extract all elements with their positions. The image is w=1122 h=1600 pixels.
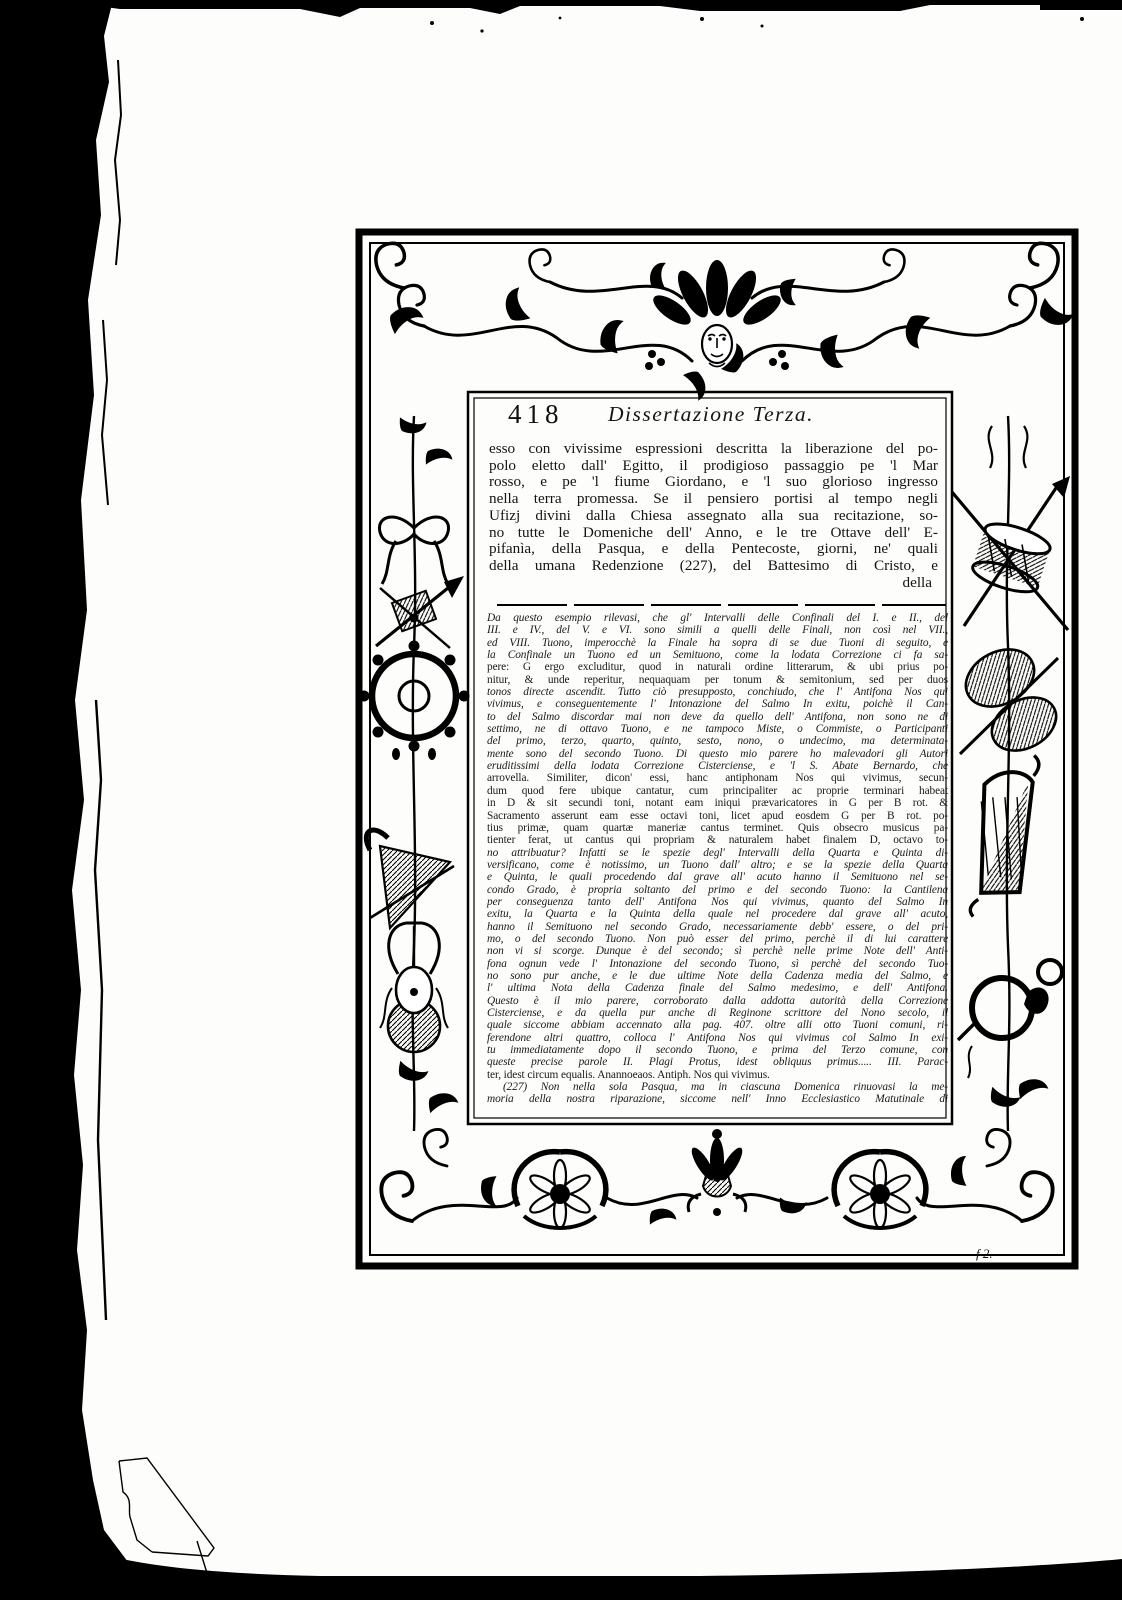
footnote-line: tius primæ, quam quartæ maneriæ cantus t… (487, 822, 948, 834)
bottom-ornament (381, 1129, 1052, 1236)
footnote-line: moria della nostra riparazione, siccome … (487, 1093, 948, 1105)
body-text: esso con vivissime espressioni descritta… (489, 441, 938, 591)
footnote-line: III. e IV., del V. e VI. sono simili a q… (487, 624, 948, 636)
dog-ear-fold (119, 1458, 214, 1573)
harp-icon (946, 755, 1063, 917)
footnote-line: dum quod fere ubique cantatur, cum princ… (487, 785, 948, 797)
running-title: Dissertazione Terza. (470, 402, 952, 427)
body-line: della umana Redenzione (227), del Battes… (489, 558, 938, 575)
trumpet-panpipes-icon (376, 576, 464, 648)
vase-finial-icon (688, 1129, 746, 1216)
signature-mark: f 2. (976, 1246, 993, 1262)
footnote-line: eruditissimi della lodata Correzione Cis… (487, 760, 948, 772)
rose-wreath-left-icon (514, 1152, 606, 1228)
footnote-line: no attribuatur? Infatti se le spezie deg… (487, 847, 948, 859)
footnote-line: tonos directe ascendit. Tutto ciò presup… (487, 686, 948, 698)
left-ornament (359, 406, 470, 1131)
footnote-line: Cisterciense, e da quella pur anche di R… (487, 1007, 948, 1019)
footnote-line: settimo, ne di ottavo Tuono, e ne tampoc… (487, 723, 948, 735)
footnote-line: mente sono del secondo Tuono. Di questo … (487, 748, 948, 760)
footnote-line: per conseguenza tanto dell' Antifona Nos… (487, 896, 948, 908)
footnote-line: e Quinta, le quali procedendo dal grave … (487, 871, 948, 883)
body-line: polo eletto dall' Egitto, il prodigioso … (489, 458, 938, 475)
footnote-line: tienter ferat, ut cantus qui propriam & … (487, 834, 948, 846)
footnote-line: ferendone altri quattro, colloca l' Anti… (487, 1032, 948, 1044)
footnote-line: (227) Non nella sola Pasqua, ma in ciasc… (487, 1081, 948, 1093)
footnote-line: Questo è il mio parere, corroborato dall… (487, 995, 948, 1007)
footnote-line: quale siccome abbiam accennato alla pag.… (487, 1019, 948, 1031)
footnote-line: ter, idest circum equalis. Anannoeaos. A… (487, 1069, 948, 1081)
viol-body-icon (956, 638, 1065, 761)
footnote-line: hanno il Semituono nel secondo Grado, ne… (487, 921, 948, 933)
body-line: nella terra promessa. Se il pensiero por… (489, 491, 938, 508)
right-ornament (946, 416, 1070, 1131)
footnote-line: tu immediatamente dopo il secondo Tuono,… (487, 1044, 948, 1056)
torn-edge-streaks (95, 60, 121, 1320)
footnote-line: nitur, & unde reperitur, nequaquam per t… (487, 674, 948, 686)
footnote-block: Da questo esempio rilevasi, che gl' Inte… (487, 612, 948, 1106)
footnote-line: vivimus, e conseguentemente l' Intonazio… (487, 698, 948, 710)
mask-face-icon (649, 260, 785, 402)
catchword: della (489, 575, 938, 592)
footnote-line: ed VIII. Tuono, imperocchè la Finale ha … (487, 637, 948, 649)
body-line: Ufizj divini dalla Chiesa assegnato alla… (489, 508, 938, 525)
footnote-line: l' ultima Nota della Cadenza finale del … (487, 982, 948, 994)
body-line: esso con vivissime espressioni descritta… (489, 441, 938, 458)
rose-wreath-right-icon (834, 1152, 926, 1228)
footnote-line: arrovella. Similiter, dicon' essi, hanc … (487, 772, 948, 784)
footnote-line: Sacramento asserunt eam esse octavi toni… (487, 810, 948, 822)
drum-fifes-icon (952, 476, 1070, 630)
scanned-book-page: 418 Dissertazione Terza. esso con viviss… (0, 0, 1122, 1600)
footnote-line: in D & sit secundi toni, notant eam iniq… (487, 797, 948, 809)
footnote-separator-rule (497, 604, 946, 606)
footnote-line: pere: G ergo excluditur, quod in natural… (487, 661, 948, 673)
body-line: pifanìa, della Pasqua, e della Pentecost… (489, 541, 938, 558)
body-line: no tutte le Domeniche dell' Anno, e le t… (489, 525, 938, 542)
body-line: rosso, e pe 'l fiume Giordano, e 'l suo … (489, 474, 938, 491)
lute-icon (380, 923, 448, 1052)
footnote-line: mo, o del secondo Tuono. Non può esser d… (487, 933, 948, 945)
footnote-line: non vi si scorge. Dunque è del secondo; … (487, 945, 948, 957)
footnote-line: exitu, la Quarta e la Quinta della quale… (487, 908, 948, 920)
panpipes-icon (366, 830, 454, 928)
footnote-line: del primo, terzo, quarto, quinto, sesto,… (487, 735, 948, 747)
footnote-line: versificano, come è notissimo, un Tuono … (487, 859, 948, 871)
footnote-line: Da questo esempio rilevasi, che gl' Inte… (487, 612, 948, 624)
footnote-line: to del Salmo discordar mai non deve da q… (487, 711, 948, 723)
footnote-line: la Confinale un Tuono ed un Semituono, c… (487, 649, 948, 661)
footnote-line: condo Grado, è propria soltanto del prim… (487, 884, 948, 896)
footnote-line: no sono pur anche, e le due ultime Note … (487, 970, 948, 982)
footnote-line: fona ognun vede l' Intonazione del secon… (487, 958, 948, 970)
footnote-line: queste precise parole II. Plagi Protus, … (487, 1056, 948, 1068)
